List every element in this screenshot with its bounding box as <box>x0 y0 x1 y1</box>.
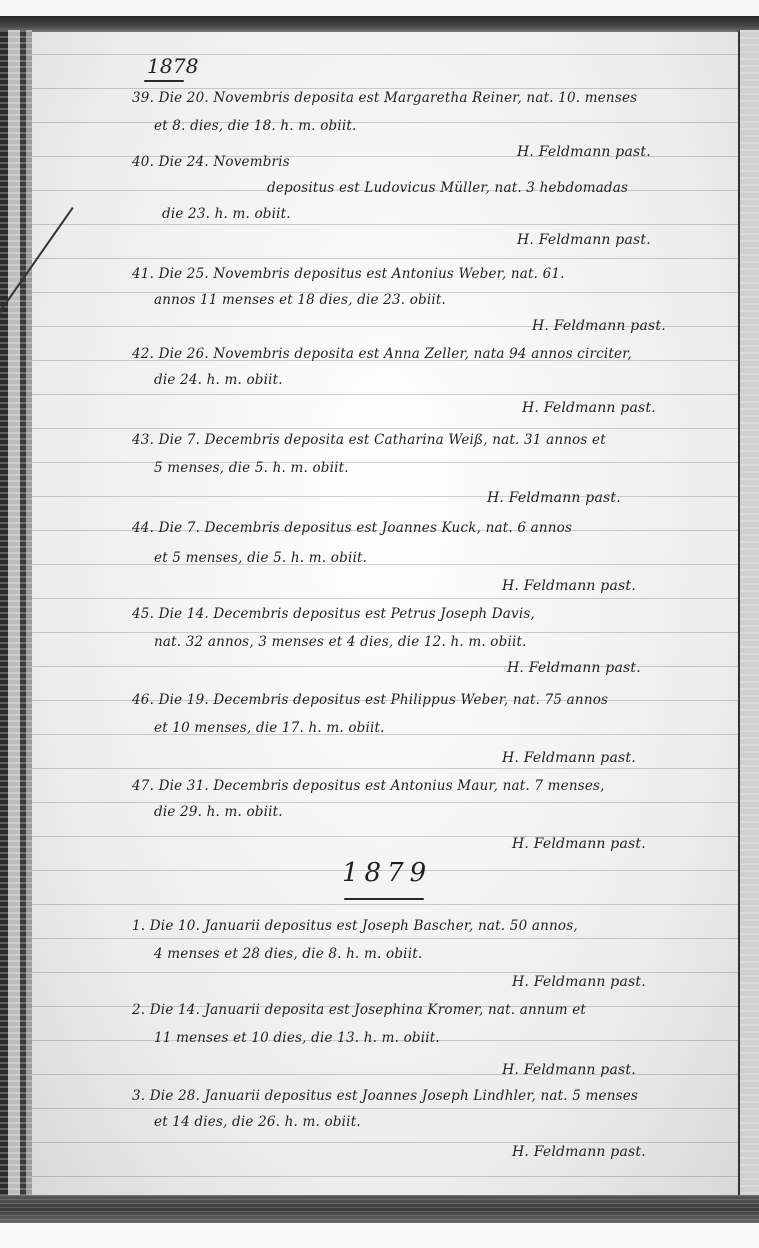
entry-number: 39. <box>132 90 154 106</box>
entry-41: 41. Die 25. Novembris depositus est Anto… <box>132 266 565 282</box>
signature: H. Feldmann past. <box>517 144 651 160</box>
entry-line-1: Die 7. Decembris deposita est Catharina … <box>159 432 606 448</box>
book-binding-left <box>0 30 32 1200</box>
entry-number: 45. <box>132 606 154 622</box>
entry-1879-3: 3. Die 28. Januarii depositus est Joanne… <box>132 1088 638 1104</box>
entry-line-1: Die 14. Decembris depositus est Petrus J… <box>159 606 535 622</box>
entry-1879-2-line-2: 11 menses et 10 dies, die 13. h. m. obii… <box>154 1030 440 1046</box>
entry-45: 45. Die 14. Decembris depositus est Petr… <box>132 606 535 622</box>
entry-43-line-2: 5 menses, die 5. h. m. obiit. <box>154 460 349 476</box>
entry-number: 3. <box>132 1088 145 1104</box>
entry-40-line-1b: depositus est Ludovicus Müller, nat. 3 h… <box>267 180 628 196</box>
year-heading-1878: 1878 <box>147 54 199 78</box>
signature: H. Feldmann past. <box>532 318 666 334</box>
entry-1879-3-line-2: et 14 dies, die 26. h. m. obiit. <box>154 1114 361 1130</box>
entry-45-line-2: nat. 32 annos, 3 menses et 4 dies, die 1… <box>154 634 527 650</box>
entry-line-1: Die 19. Decembris depositus est Philippu… <box>159 692 609 708</box>
entry-number: 2. <box>132 1002 145 1018</box>
scan-margin-bottom <box>0 1223 759 1248</box>
entry-39: 39. Die 20. Novembris deposita est Marga… <box>132 90 637 106</box>
entry-42: 42. Die 26. Novembris deposita est Anna … <box>132 346 632 362</box>
entry-44: 44. Die 7. Decembris depositus est Joann… <box>132 520 572 536</box>
entry-40: 40. Die 24. Novembris <box>132 154 290 170</box>
entry-line-1: Die 10. Januarii depositus est Joseph Ba… <box>150 918 578 934</box>
signature: H. Feldmann past. <box>507 660 641 676</box>
entry-46-line-2: et 10 menses, die 17. h. m. obiit. <box>154 720 385 736</box>
entry-42-line-2: die 24. h. m. obiit. <box>154 372 283 388</box>
entry-line-1: Die 24. Novembris <box>159 154 290 170</box>
register-page: 1878 39. Die 20. Novembris deposita est … <box>32 32 740 1197</box>
entry-1879-1: 1. Die 10. Januarii depositus est Joseph… <box>132 918 578 934</box>
entry-number: 40. <box>132 154 154 170</box>
entry-line-1: Die 26. Novembris deposita est Anna Zell… <box>159 346 632 362</box>
signature: H. Feldmann past. <box>502 578 636 594</box>
book-edge-right <box>737 30 759 1195</box>
entry-44-line-2: et 5 menses, die 5. h. m. obiit. <box>154 550 367 566</box>
year-underline <box>144 80 184 82</box>
signature: H. Feldmann past. <box>512 974 646 990</box>
entry-line-1: Die 7. Decembris depositus est Joannes K… <box>159 520 573 536</box>
entry-number: 44. <box>132 520 154 536</box>
entry-line-1: Die 28. Januarii depositus est Joannes J… <box>150 1088 638 1104</box>
signature: H. Feldmann past. <box>512 836 646 852</box>
signature: H. Feldmann past. <box>522 400 656 416</box>
entry-number: 47. <box>132 778 154 794</box>
entry-47: 47. Die 31. Decembris depositus est Anto… <box>132 778 605 794</box>
signature: H. Feldmann past. <box>502 1062 636 1078</box>
entry-40-line-2: die 23. h. m. obiit. <box>162 206 291 222</box>
entry-line-1: Die 14. Januarii deposita est Josephina … <box>150 1002 586 1018</box>
entry-46: 46. Die 19. Decembris depositus est Phil… <box>132 692 608 708</box>
signature: H. Feldmann past. <box>512 1144 646 1160</box>
signature: H. Feldmann past. <box>502 750 636 766</box>
entry-43: 43. Die 7. Decembris deposita est Cathar… <box>132 432 606 448</box>
entry-39-line-2: et 8. dies, die 18. h. m. obiit. <box>154 118 357 134</box>
book-edge-bottom <box>0 1195 759 1223</box>
year-heading-1879: 1879 <box>342 858 432 888</box>
signature: H. Feldmann past. <box>487 490 621 506</box>
entry-number: 41. <box>132 266 154 282</box>
entry-1879-2: 2. Die 14. Januarii deposita est Josephi… <box>132 1002 586 1018</box>
entry-line-1: Die 25. Novembris depositus est Antonius… <box>159 266 565 282</box>
signature: H. Feldmann past. <box>517 232 651 248</box>
entry-line-1: Die 31. Decembris depositus est Antonius… <box>159 778 605 794</box>
entry-number: 42. <box>132 346 154 362</box>
entry-1879-1-line-2: 4 menses et 28 dies, die 8. h. m. obiit. <box>154 946 422 962</box>
year-underline <box>344 898 424 900</box>
entry-number: 43. <box>132 432 154 448</box>
entry-41-line-2: annos 11 menses et 18 dies, die 23. obii… <box>154 292 446 308</box>
entry-line-1: Die 20. Novembris deposita est Margareth… <box>159 90 638 106</box>
entry-number: 1. <box>132 918 145 934</box>
entry-47-line-2: die 29. h. m. obiit. <box>154 804 283 820</box>
entry-number: 46. <box>132 692 154 708</box>
